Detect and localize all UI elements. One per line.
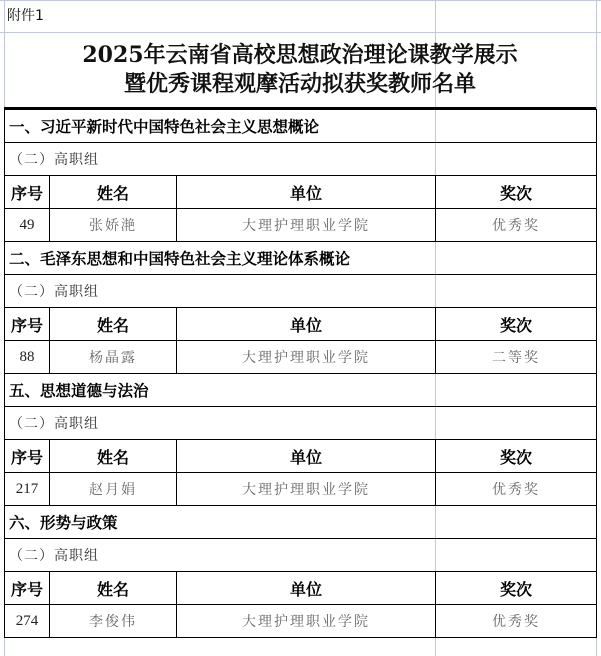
column-header-unit[interactable]: 单位 (177, 308, 436, 341)
group-header-row: （二）高职组 (5, 407, 597, 440)
column-header-unit[interactable]: 单位 (177, 440, 436, 473)
section-title[interactable]: 一、习近平新时代中国特色社会主义思想概论 (5, 110, 597, 143)
group-title[interactable]: （二）高职组 (5, 143, 597, 176)
column-header-award[interactable]: 奖次 (436, 176, 597, 209)
column-header-index[interactable]: 序号 (5, 572, 50, 605)
cell-index[interactable]: 274 (5, 605, 50, 638)
attachment-label: 附件1 (7, 8, 44, 24)
cell-award[interactable]: 优秀奖 (436, 209, 597, 242)
column-header-unit[interactable]: 单位 (177, 572, 436, 605)
cell-award[interactable]: 优秀奖 (436, 473, 597, 506)
attachment-label-cell[interactable]: 附件1 (4, 0, 596, 32)
column-header-award[interactable]: 奖次 (436, 572, 597, 605)
column-header-index[interactable]: 序号 (5, 176, 50, 209)
group-header-row: （二）高职组 (5, 143, 597, 176)
column-header-name[interactable]: 姓名 (50, 176, 177, 209)
column-header-name[interactable]: 姓名 (50, 308, 177, 341)
section-header-row: 一、习近平新时代中国特色社会主义思想概论 (5, 110, 597, 143)
cell-name[interactable]: 李俊伟 (50, 605, 177, 638)
cell-unit[interactable]: 大理护理职业学院 (177, 341, 436, 374)
table-row: 88 杨晶露 大理护理职业学院 二等奖 (5, 341, 597, 374)
spreadsheet: 附件1 2025年云南省高校思想政治理论课教学展示 暨优秀课程观摩活动拟获奖教师… (4, 0, 596, 638)
column-header-unit[interactable]: 单位 (177, 176, 436, 209)
section-title[interactable]: 六、形势与政策 (5, 506, 597, 539)
cell-index[interactable]: 49 (5, 209, 50, 242)
table-row: 217 赵月娟 大理护理职业学院 优秀奖 (5, 473, 597, 506)
column-header-index[interactable]: 序号 (5, 440, 50, 473)
cell-index[interactable]: 88 (5, 341, 50, 374)
table-row: 49 张娇滟 大理护理职业学院 优秀奖 (5, 209, 597, 242)
document-title-line-1: 2025年云南省高校思想政治理论课教学展示 (4, 41, 596, 70)
column-header-row: 序号 姓名 单位 奖次 (5, 308, 597, 341)
table-row: 274 李俊伟 大理护理职业学院 优秀奖 (5, 605, 597, 638)
document-title-cell[interactable]: 2025年云南省高校思想政治理论课教学展示 暨优秀课程观摩活动拟获奖教师名单 (4, 32, 596, 109)
section-header-row: 五、思想道德与法治 (5, 374, 597, 407)
column-header-row: 序号 姓名 单位 奖次 (5, 440, 597, 473)
group-title[interactable]: （二）高职组 (5, 275, 597, 308)
cell-index[interactable]: 217 (5, 473, 50, 506)
column-header-name[interactable]: 姓名 (50, 572, 177, 605)
cell-name[interactable]: 张娇滟 (50, 209, 177, 242)
award-table: 一、习近平新时代中国特色社会主义思想概论 （二）高职组 序号 姓名 单位 奖次 … (4, 109, 597, 638)
column-header-index[interactable]: 序号 (5, 308, 50, 341)
column-header-name[interactable]: 姓名 (50, 440, 177, 473)
cell-name[interactable]: 赵月娟 (50, 473, 177, 506)
section-title[interactable]: 五、思想道德与法治 (5, 374, 597, 407)
section-title[interactable]: 二、毛泽东思想和中国特色社会主义理论体系概论 (5, 242, 597, 275)
document-title-line-2: 暨优秀课程观摩活动拟获奖教师名单 (4, 70, 596, 99)
column-header-award[interactable]: 奖次 (436, 308, 597, 341)
cell-name[interactable]: 杨晶露 (50, 341, 177, 374)
cell-unit[interactable]: 大理护理职业学院 (177, 605, 436, 638)
group-header-row: （二）高职组 (5, 275, 597, 308)
cell-unit[interactable]: 大理护理职业学院 (177, 209, 436, 242)
group-header-row: （二）高职组 (5, 539, 597, 572)
cell-award[interactable]: 二等奖 (436, 341, 597, 374)
group-title[interactable]: （二）高职组 (5, 539, 597, 572)
cell-unit[interactable]: 大理护理职业学院 (177, 473, 436, 506)
section-header-row: 六、形势与政策 (5, 506, 597, 539)
column-header-row: 序号 姓名 单位 奖次 (5, 572, 597, 605)
cell-award[interactable]: 优秀奖 (436, 605, 597, 638)
column-header-award[interactable]: 奖次 (436, 440, 597, 473)
section-header-row: 二、毛泽东思想和中国特色社会主义理论体系概论 (5, 242, 597, 275)
column-header-row: 序号 姓名 单位 奖次 (5, 176, 597, 209)
group-title[interactable]: （二）高职组 (5, 407, 597, 440)
